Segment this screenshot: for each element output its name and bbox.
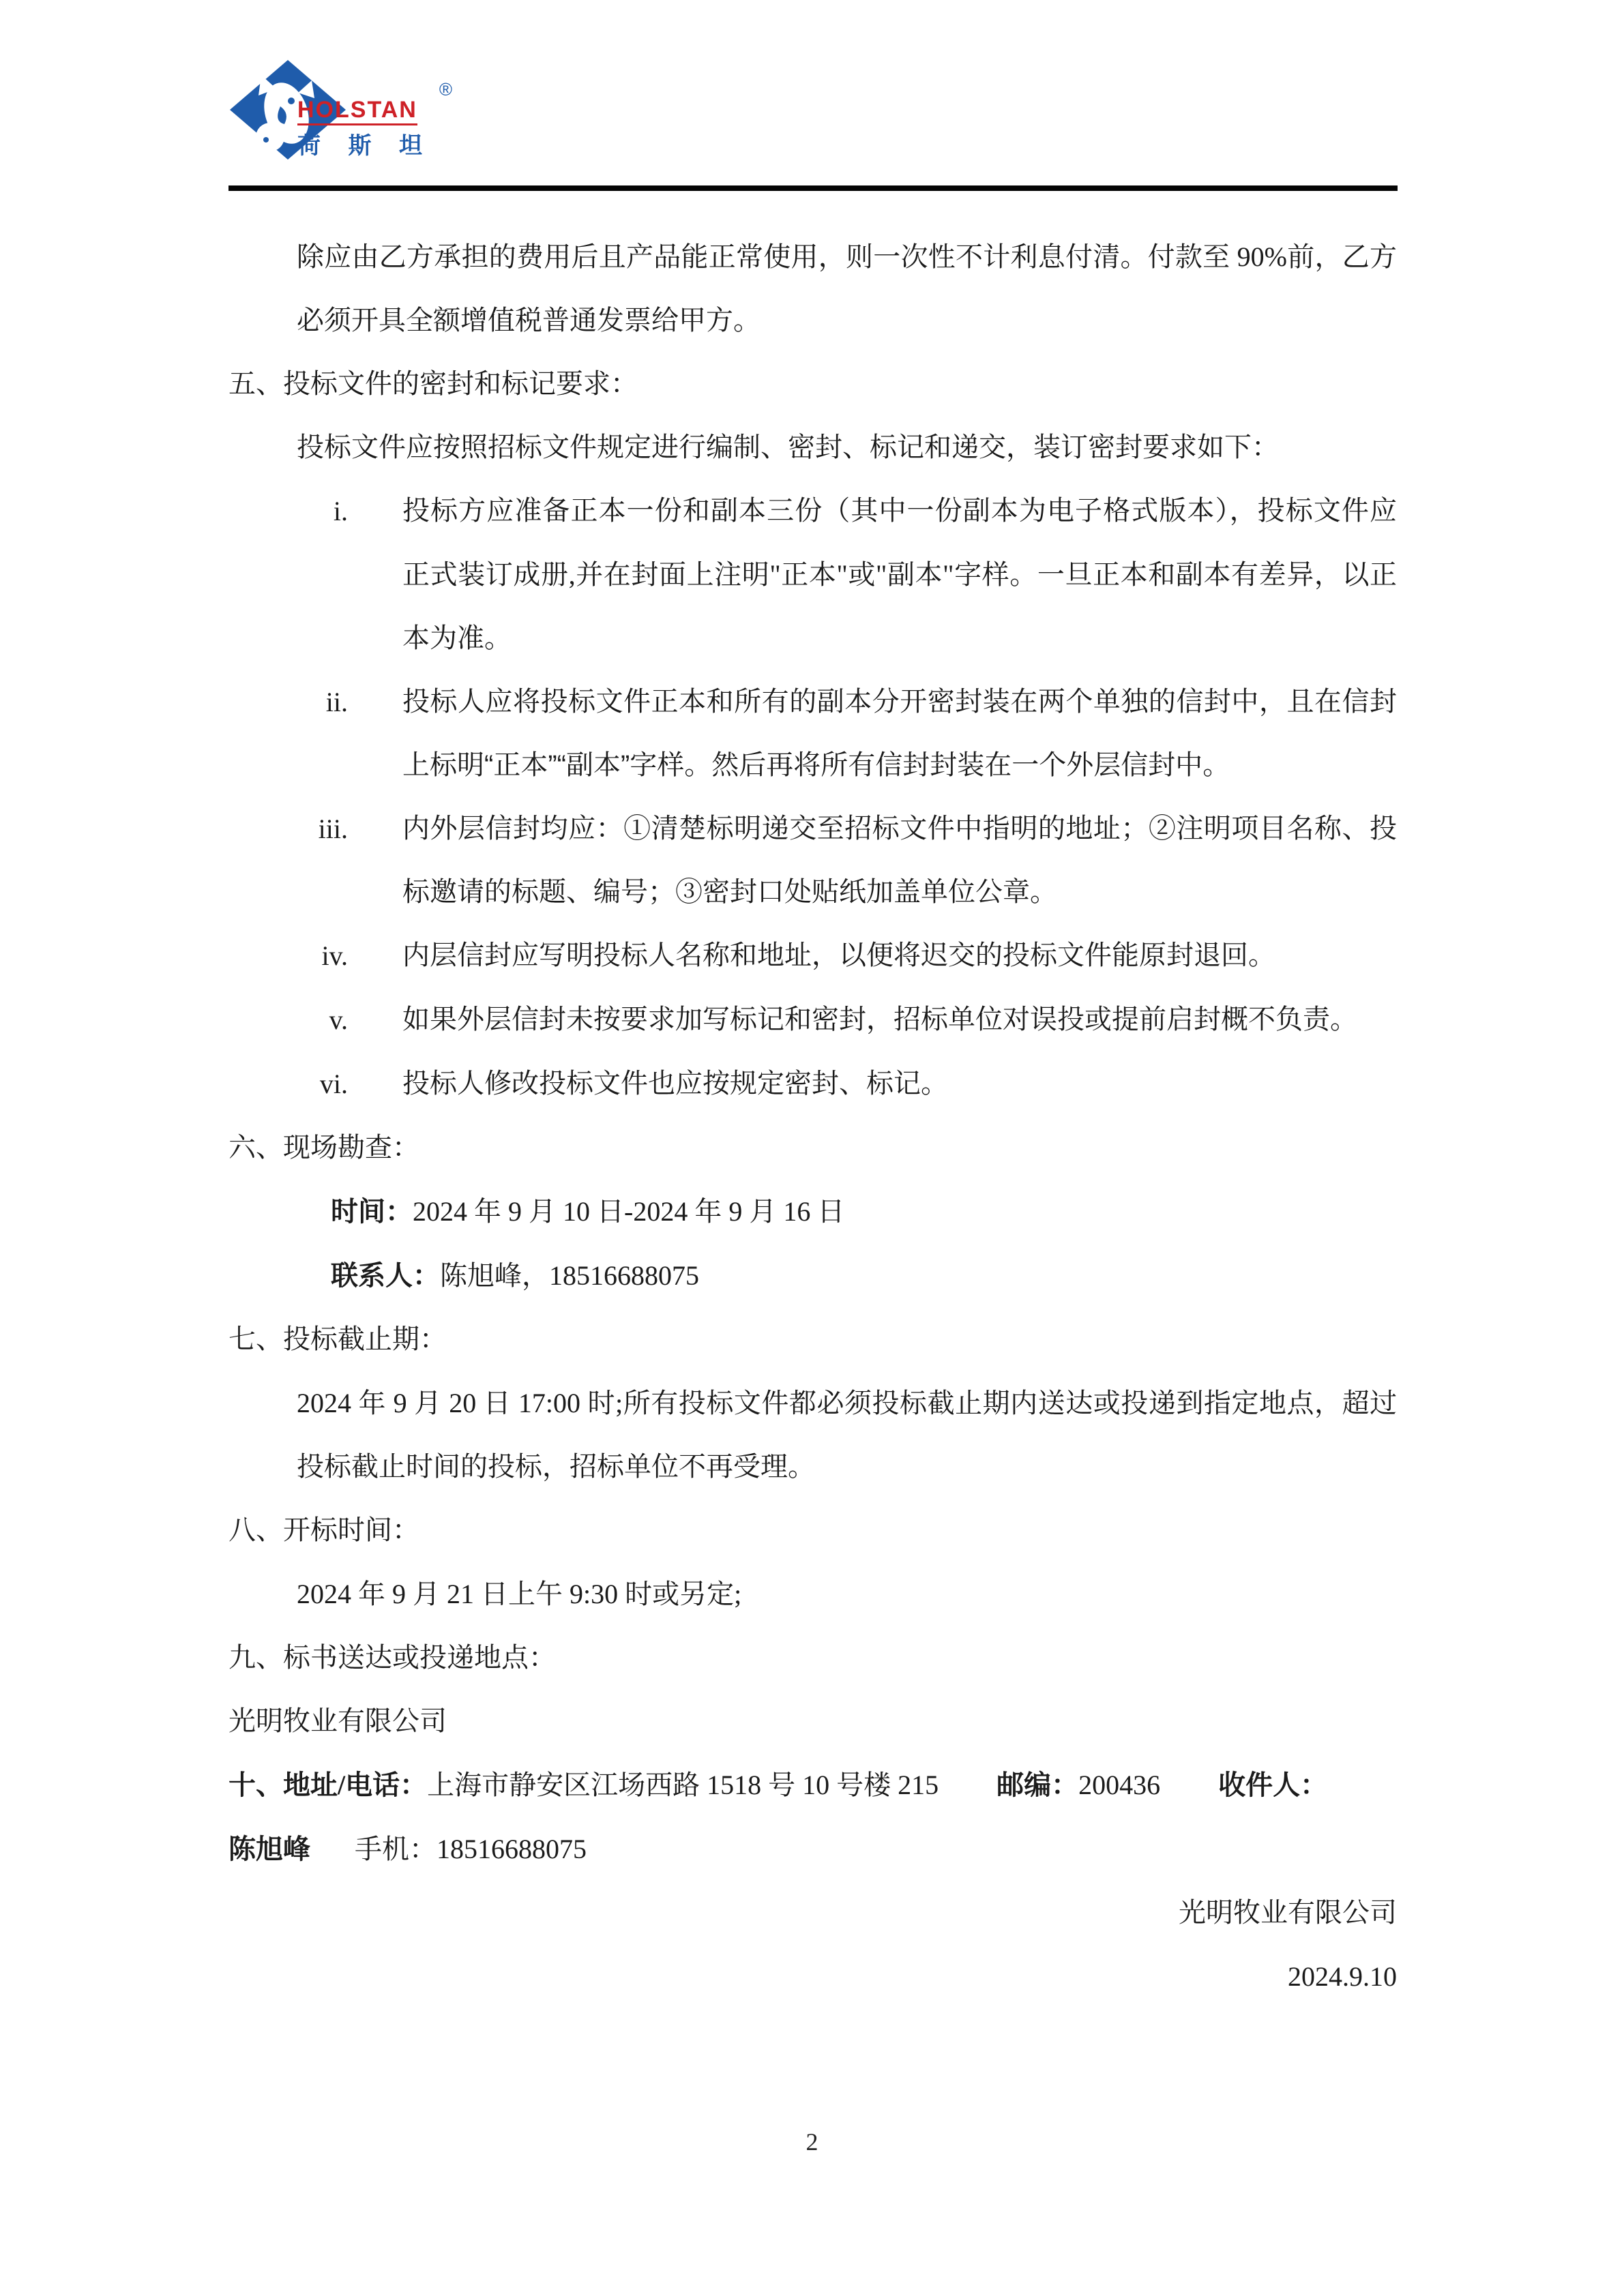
recipient-name: 陈旭峰 [228,1834,310,1864]
bid-deadline-paragraph: 2024 年 9 月 20 日 17:00 时;所有投标文件都必须投标截止期内送… [297,1371,1397,1499]
time-label: 时间： [331,1197,413,1227]
section-6-heading: 六、现场勘查： [228,1116,1397,1180]
time-value: 2024 年 9 月 10 日-2024 年 9 月 16 日 [413,1197,844,1227]
list-item-numeral: vi. [228,1052,348,1116]
list-item: ii. 投标人应将投标文件正本和所有的副本分开密封装在两个单独的信封中，且在信封… [228,670,1397,797]
list-item: iv. 内层信封应写明投标人名称和地址，以便将迟交的投标文件能原封退回。 [228,924,1397,988]
brand-name-en: HOLSTAN [297,97,417,125]
section-8-heading: 八、开标时间： [228,1499,1397,1562]
contact-label: 联系人： [331,1261,440,1291]
postcode-value: 200436 [1078,1770,1160,1800]
address-line: 十、地址/电话：上海市静安区江场西路 1518 号 10 号楼 215邮编：20… [228,1753,1397,1817]
bid-opening-time: 2024 年 9 月 21 日上午 9:30 时或另定; [297,1562,1397,1626]
payment-terms-paragraph: 除应由乙方承担的费用后且产品能正常使用，则一次性不计利息付清。付款至 90%前，… [297,225,1397,353]
recipient-line: 陈旭峰手机：18516688075 [228,1817,1397,1881]
list-item: vi. 投标人修改投标文件也应按规定密封、标记。 [228,1052,1397,1116]
signature-date: 2024.9.10 [228,1945,1397,2009]
list-item-numeral: v. [228,988,348,1052]
section-5-intro: 投标文件应按照招标文件规定进行编制、密封、标记和递交，装订密封要求如下： [297,416,1397,479]
list-item-numeral: iii. [228,797,348,861]
registered-mark-icon: ® [439,79,452,100]
signature-company: 光明牧业有限公司 [228,1881,1397,1945]
contact-value: 陈旭峰，18516688075 [440,1261,699,1291]
mobile-label: 手机： [355,1834,437,1864]
list-item: v. 如果外层信封未按要求加写标记和密封，招标单位对误投或提前启封概不负责。 [228,988,1397,1052]
site-survey-time-line: 时间：2024 年 9 月 10 日-2024 年 9 月 16 日 [331,1180,1397,1244]
list-item-text: 如果外层信封未按要求加写标记和密封，招标单位对误投或提前启封概不负责。 [402,988,1397,1052]
list-item-text: 投标方应准备正本一份和副本三份（其中一份副本为电子格式版本），投标文件应正式装订… [402,479,1397,670]
address-label: 十、地址/电话： [228,1770,427,1800]
address-value: 上海市静安区江场西路 1518 号 10 号楼 215 [427,1770,939,1800]
list-item-text: 内外层信封均应：①清楚标明递交至招标文件中指明的地址；②注明项目名称、投标邀请的… [402,797,1397,924]
list-item-numeral: ii. [228,670,348,734]
brand-name-cn: 荷 斯 坦 [297,127,433,160]
document-body: 除应由乙方承担的费用后且产品能正常使用，则一次性不计利息付清。付款至 90%前，… [228,225,1397,2009]
postcode-label: 邮编： [996,1770,1078,1800]
section-5-heading: 五、投标文件的密封和标记要求： [228,353,1397,416]
header-rule [228,185,1398,191]
mobile-value: 18516688075 [437,1834,587,1864]
list-item-text: 投标人应将投标文件正本和所有的副本分开密封装在两个单独的信封中，且在信封上标明“… [402,670,1397,797]
section-9-heading: 九、标书送达或投递地点： [228,1626,1397,1690]
list-item-text: 投标人修改投标文件也应按规定密封、标记。 [402,1052,1397,1116]
list-item-text: 内层信封应写明投标人名称和地址，以便将迟交的投标文件能原封退回。 [402,924,1397,987]
delivery-company-name: 光明牧业有限公司 [228,1690,1397,1753]
company-logo: HOLSTAN ® 荷 斯 坦 [227,59,445,168]
list-item-numeral: i. [228,479,348,543]
brand-text: HOLSTAN ® 荷 斯 坦 [297,97,433,160]
list-item: i. 投标方应准备正本一份和副本三份（其中一份副本为电子格式版本），投标文件应正… [228,479,1397,670]
page-number: 2 [0,2128,1624,2156]
document-page: HOLSTAN ® 荷 斯 坦 除应由乙方承担的费用后且产品能正常使用，则一次性… [0,0,1624,2296]
list-item-numeral: iv. [228,924,348,988]
list-item: iii. 内外层信封均应：①清楚标明递交至招标文件中指明的地址；②注明项目名称、… [228,797,1397,924]
section-7-heading: 七、投标截止期： [228,1308,1397,1371]
recipient-label: 收件人： [1218,1770,1327,1800]
site-survey-contact-line: 联系人：陈旭峰，18516688075 [331,1244,1397,1308]
